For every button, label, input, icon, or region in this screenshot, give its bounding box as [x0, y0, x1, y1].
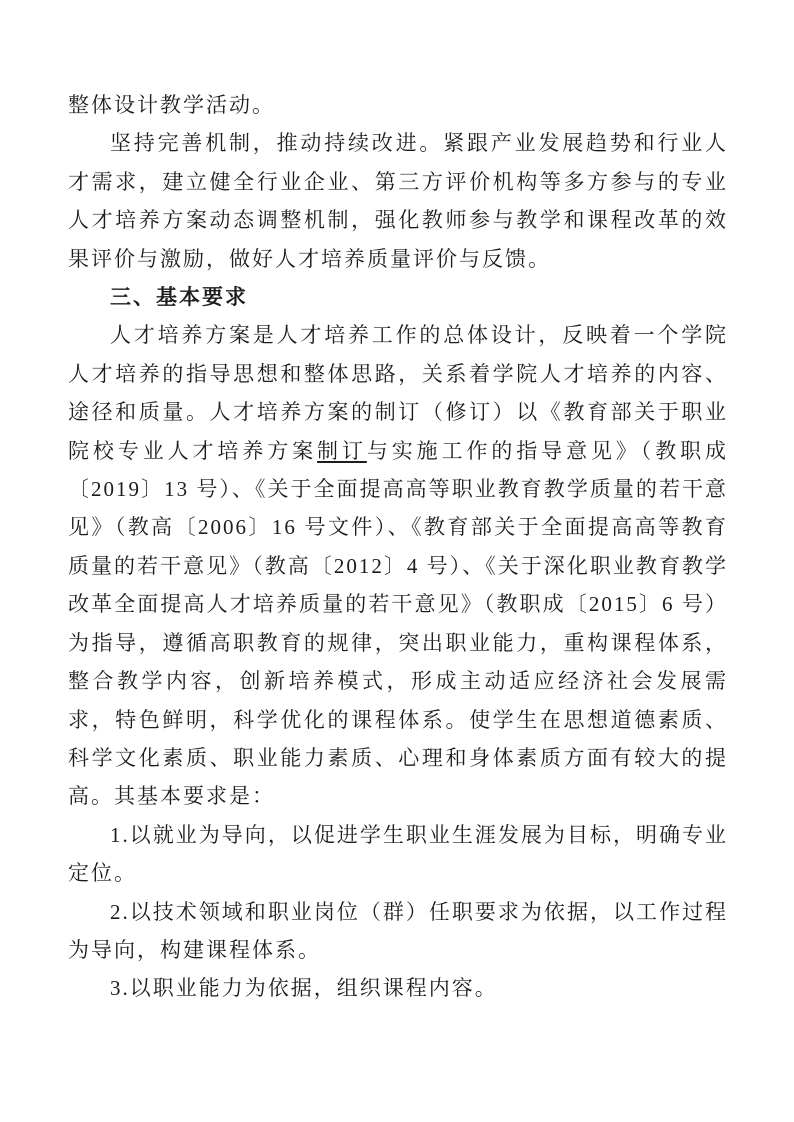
paragraph-training-plan-basis: 人才培养方案是人才培养工作的总体设计，反映着一个学院人才培养的指导思想和整体思路… — [68, 316, 728, 815]
paragraph-improve-mechanism: 坚持完善机制，推动持续改进。紧跟产业发展趋势和行业人才需求，建立健全行业企业、第… — [68, 124, 728, 278]
numbered-item-2: 2.以技术领域和职业岗位（群）任职要求为依据，以工作过程为导向，构建课程体系。 — [68, 893, 728, 970]
paragraph-continuation: 整体设计教学活动。 — [68, 86, 728, 124]
underlined-text-zhiding: 制订 — [317, 439, 367, 463]
section-heading-basic-requirements: 三、基本要求 — [68, 278, 728, 316]
numbered-item-1: 1.以就业为导向，以促进学生职业生涯发展为目标，明确专业定位。 — [68, 816, 728, 893]
paragraph-segment: 与实施工作的指导意见》（教职成〔2019〕13 号）、《关于全面提高高等职业教育… — [68, 439, 728, 809]
document-page: 整体设计教学活动。 坚持完善机制，推动持续改进。紧跟产业发展趋势和行业人才需求，… — [0, 0, 794, 1122]
numbered-item-3: 3.以职业能力为依据，组织课程内容。 — [68, 969, 728, 1007]
document-body: 整体设计教学活动。 坚持完善机制，推动持续改进。紧跟产业发展趋势和行业人才需求，… — [68, 86, 728, 1008]
